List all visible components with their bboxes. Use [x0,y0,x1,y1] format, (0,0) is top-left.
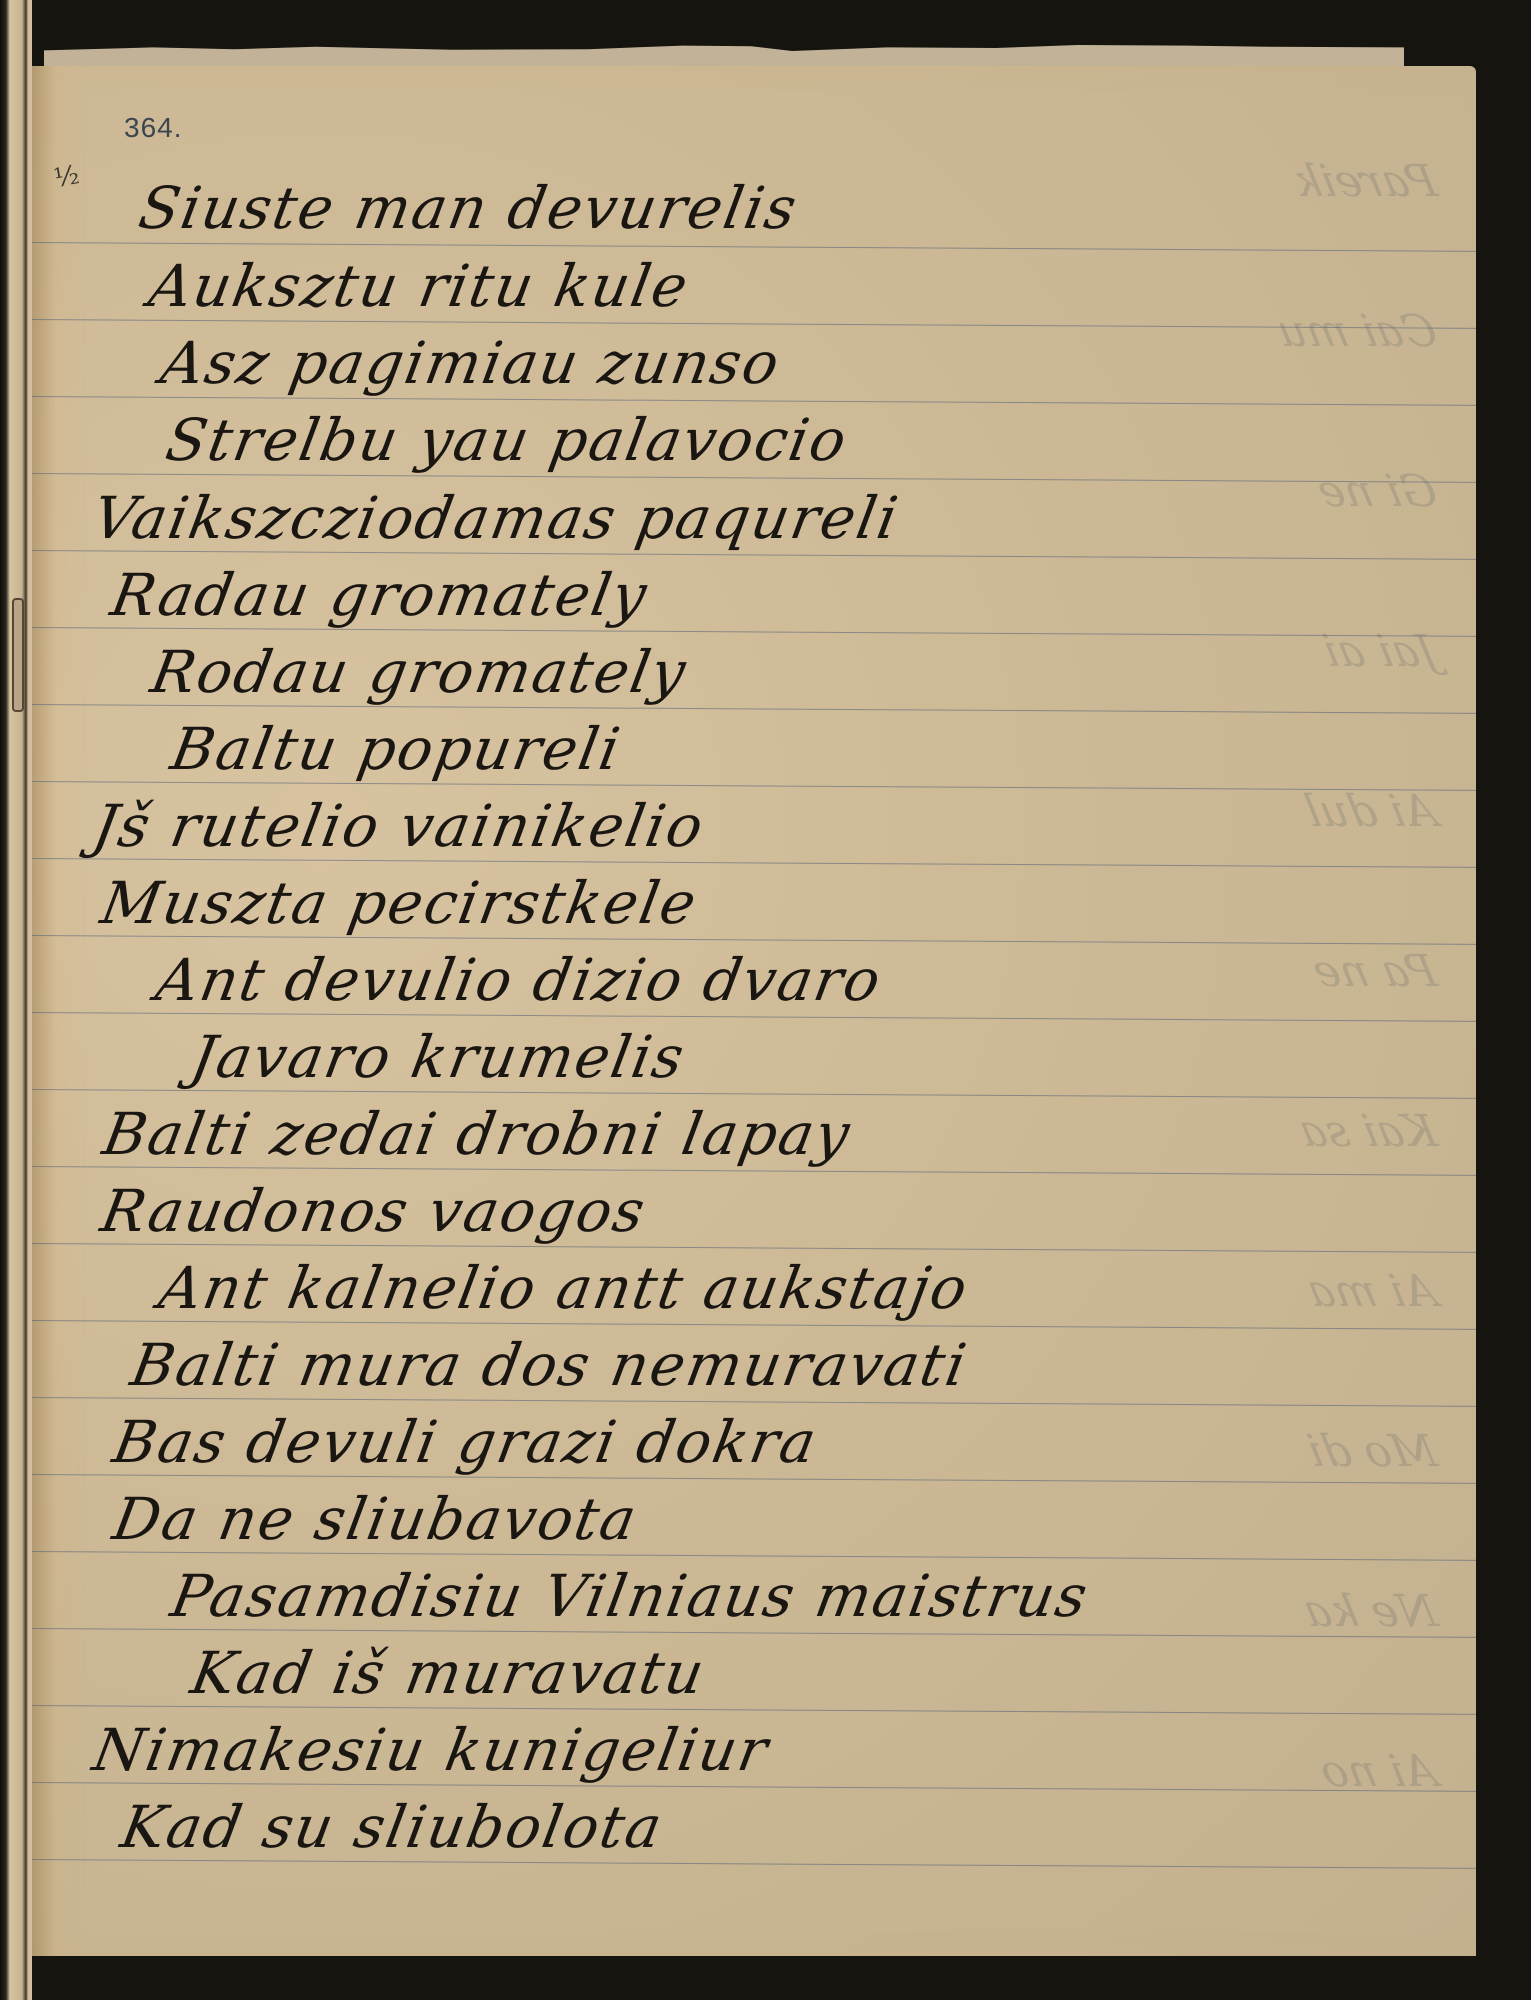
verse-line: Balti mura dos nemuravati [126,1331,973,1399]
ink-bleed-through: Pa ne [1091,946,1442,997]
verse-line: Javaro krumelis [186,1023,691,1091]
verse-line: Auksztu ritu kule [144,252,695,320]
margin-note: ½ [52,160,82,194]
verse-line: Asz pagimiau zunso [156,329,786,397]
ink-bleed-through: Pareik [1091,156,1442,207]
verse-line: Ant kalnelio antt aukstajo [154,1254,974,1322]
verse-line: Da ne sliubavota [108,1485,643,1553]
notebook-binding-edge [0,0,32,2000]
ink-bleed-through: Ai dul [1091,786,1442,837]
ruled-line [32,242,1476,252]
verse-line: Pasamdisiu Vilniaus maistrus [166,1562,1094,1630]
verse-line: Kad su sliubolota [116,1793,669,1861]
ruled-line [32,396,1476,406]
ink-bleed-through: Gi ne [1091,466,1442,517]
ink-bleed-through: Ai no [1091,1746,1442,1797]
verse-line: Baltu popureli [166,715,627,783]
gutter-shadow [32,66,56,1956]
verse-line: Muszta pecirstkele [96,869,703,937]
verse-line: Nimakesiu kunigeliur [88,1716,774,1784]
verse-line: Vaikszcziodamas paqureli [88,484,904,552]
ink-bleed-through: Ne ka [1091,1586,1442,1637]
verse-line: Siuste man devurelis [134,174,803,242]
verse-line: Rodau gromately [146,638,692,706]
ink-bleed-through: Jai ai [1091,626,1442,677]
ink-bleed-through: Kai sa [1091,1106,1442,1157]
verse-line: Balti zedai drobni lapay [98,1100,856,1168]
verse-line: Jš rutelio vainikelio [88,792,710,860]
ink-bleed-through: Ai ma [1091,1266,1442,1317]
notebook-page: Pareik Cai mu Gi ne Jai ai Ai dul Pa ne … [32,66,1476,1956]
ink-bleed-through: Mo di [1091,1426,1442,1477]
verse-line: Strelbu yau palavocio [161,406,853,474]
verse-line: Ant devulio dizio dvaro [151,946,887,1014]
verse-line: Bas devuli grazi dokra [108,1408,823,1476]
verse-line: Raudonos vaogos [96,1177,652,1245]
staple [12,598,24,712]
page-number: 364. [124,112,183,144]
verse-line: Radau gromately [106,561,653,629]
ink-bleed-through: Cai mu [1091,306,1442,357]
verse-line: Kad iš muravatu [186,1639,711,1707]
